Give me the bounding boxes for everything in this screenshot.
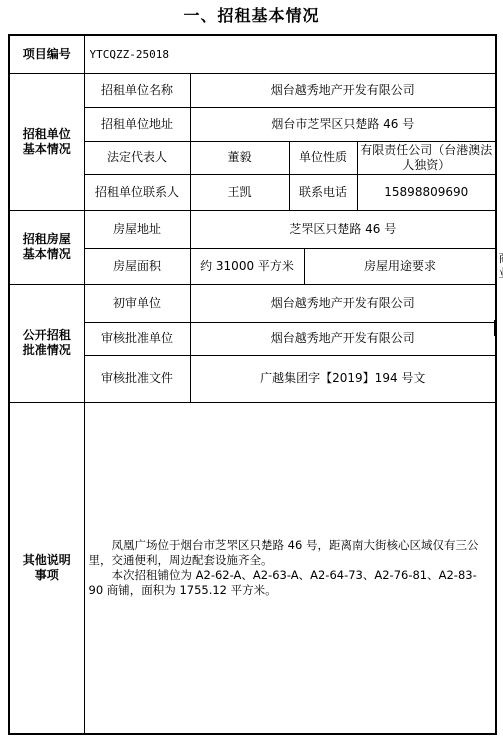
property-usage-label: 房屋用途要求 <box>304 248 496 284</box>
property-address-label: 房屋地址 <box>84 210 190 248</box>
section-title: 一、招租基本情况 <box>0 3 503 26</box>
lessor-section-label-line2: 基本情况 <box>23 142 71 156</box>
approver-value: 烟台越秀地产开发有限公司 <box>190 322 496 355</box>
other-notes-label-line1: 其他说明 <box>23 553 71 567</box>
entity-nature-label: 单位性质 <box>289 141 357 174</box>
phone-label: 联系电话 <box>289 174 357 210</box>
lessor-section-label: 招租单位 基本情况 <box>9 73 84 210</box>
project-number-label: 项目编号 <box>9 35 84 73</box>
approval-doc-label: 审核批准文件 <box>84 355 190 402</box>
edge-marker <box>494 320 497 336</box>
property-section-label: 招租房屋 基本情况 <box>9 210 84 284</box>
approval-doc-value: 广越集团字【2019】194 号文 <box>190 355 496 402</box>
project-number-value: YTCQZZ-25018 <box>84 35 496 73</box>
lessor-name-label: 招租单位名称 <box>84 73 190 107</box>
lessor-section-label-line1: 招租单位 <box>23 127 71 141</box>
notes-paragraph-2: 本次招租铺位为 A2-62-A、A2-63-A、A2-64-73、A2-76-8… <box>89 568 492 598</box>
lessor-address-value: 烟台市芝罘区只楚路 46 号 <box>190 107 496 141</box>
initial-review-label: 初审单位 <box>84 284 190 322</box>
property-address-value: 芝罘区只楚路 46 号 <box>190 210 496 248</box>
approval-section-label-line2: 批准情况 <box>23 343 71 357</box>
approval-section-label-line1: 公开招租 <box>23 328 71 342</box>
contact-person-value: 王凯 <box>190 174 289 210</box>
other-notes-label-line2: 事项 <box>35 568 59 582</box>
legal-rep-label: 法定代表人 <box>84 141 190 174</box>
property-section-label-line2: 基本情况 <box>23 247 71 261</box>
legal-rep-value: 董毅 <box>190 141 289 174</box>
initial-review-value: 烟台越秀地产开发有限公司 <box>190 284 496 322</box>
lessor-address-label: 招租单位地址 <box>84 107 190 141</box>
lessor-name-value: 烟台越秀地产开发有限公司 <box>190 73 496 107</box>
other-notes-content: 凤凰广场位于烟台市芝罘区只楚路 46 号，距离南大街核心区域仅有三公里，交通便利… <box>84 402 496 734</box>
property-section-label-line1: 招租房屋 <box>23 232 71 246</box>
property-area-label: 房屋面积 <box>84 248 190 284</box>
approval-section-label: 公开招租 批准情况 <box>9 284 84 402</box>
approver-label: 审核批准单位 <box>84 322 190 355</box>
other-notes-label: 其他说明 事项 <box>9 402 84 734</box>
notes-paragraph-1: 凤凰广场位于烟台市芝罘区只楚路 46 号，距离南大街核心区域仅有三公里，交通便利… <box>89 538 492 568</box>
phone-value: 15898809690 <box>357 174 496 210</box>
contact-person-label: 招租单位联系人 <box>84 174 190 210</box>
entity-nature-value: 有限责任公司（台港澳法人独资） <box>357 141 496 174</box>
lease-info-table: 项目编号 YTCQZZ-25018 招租单位 基本情况 招租单位名称 烟台越秀地… <box>8 34 497 735</box>
property-area-value: 约 31000 平方米 <box>190 248 304 284</box>
